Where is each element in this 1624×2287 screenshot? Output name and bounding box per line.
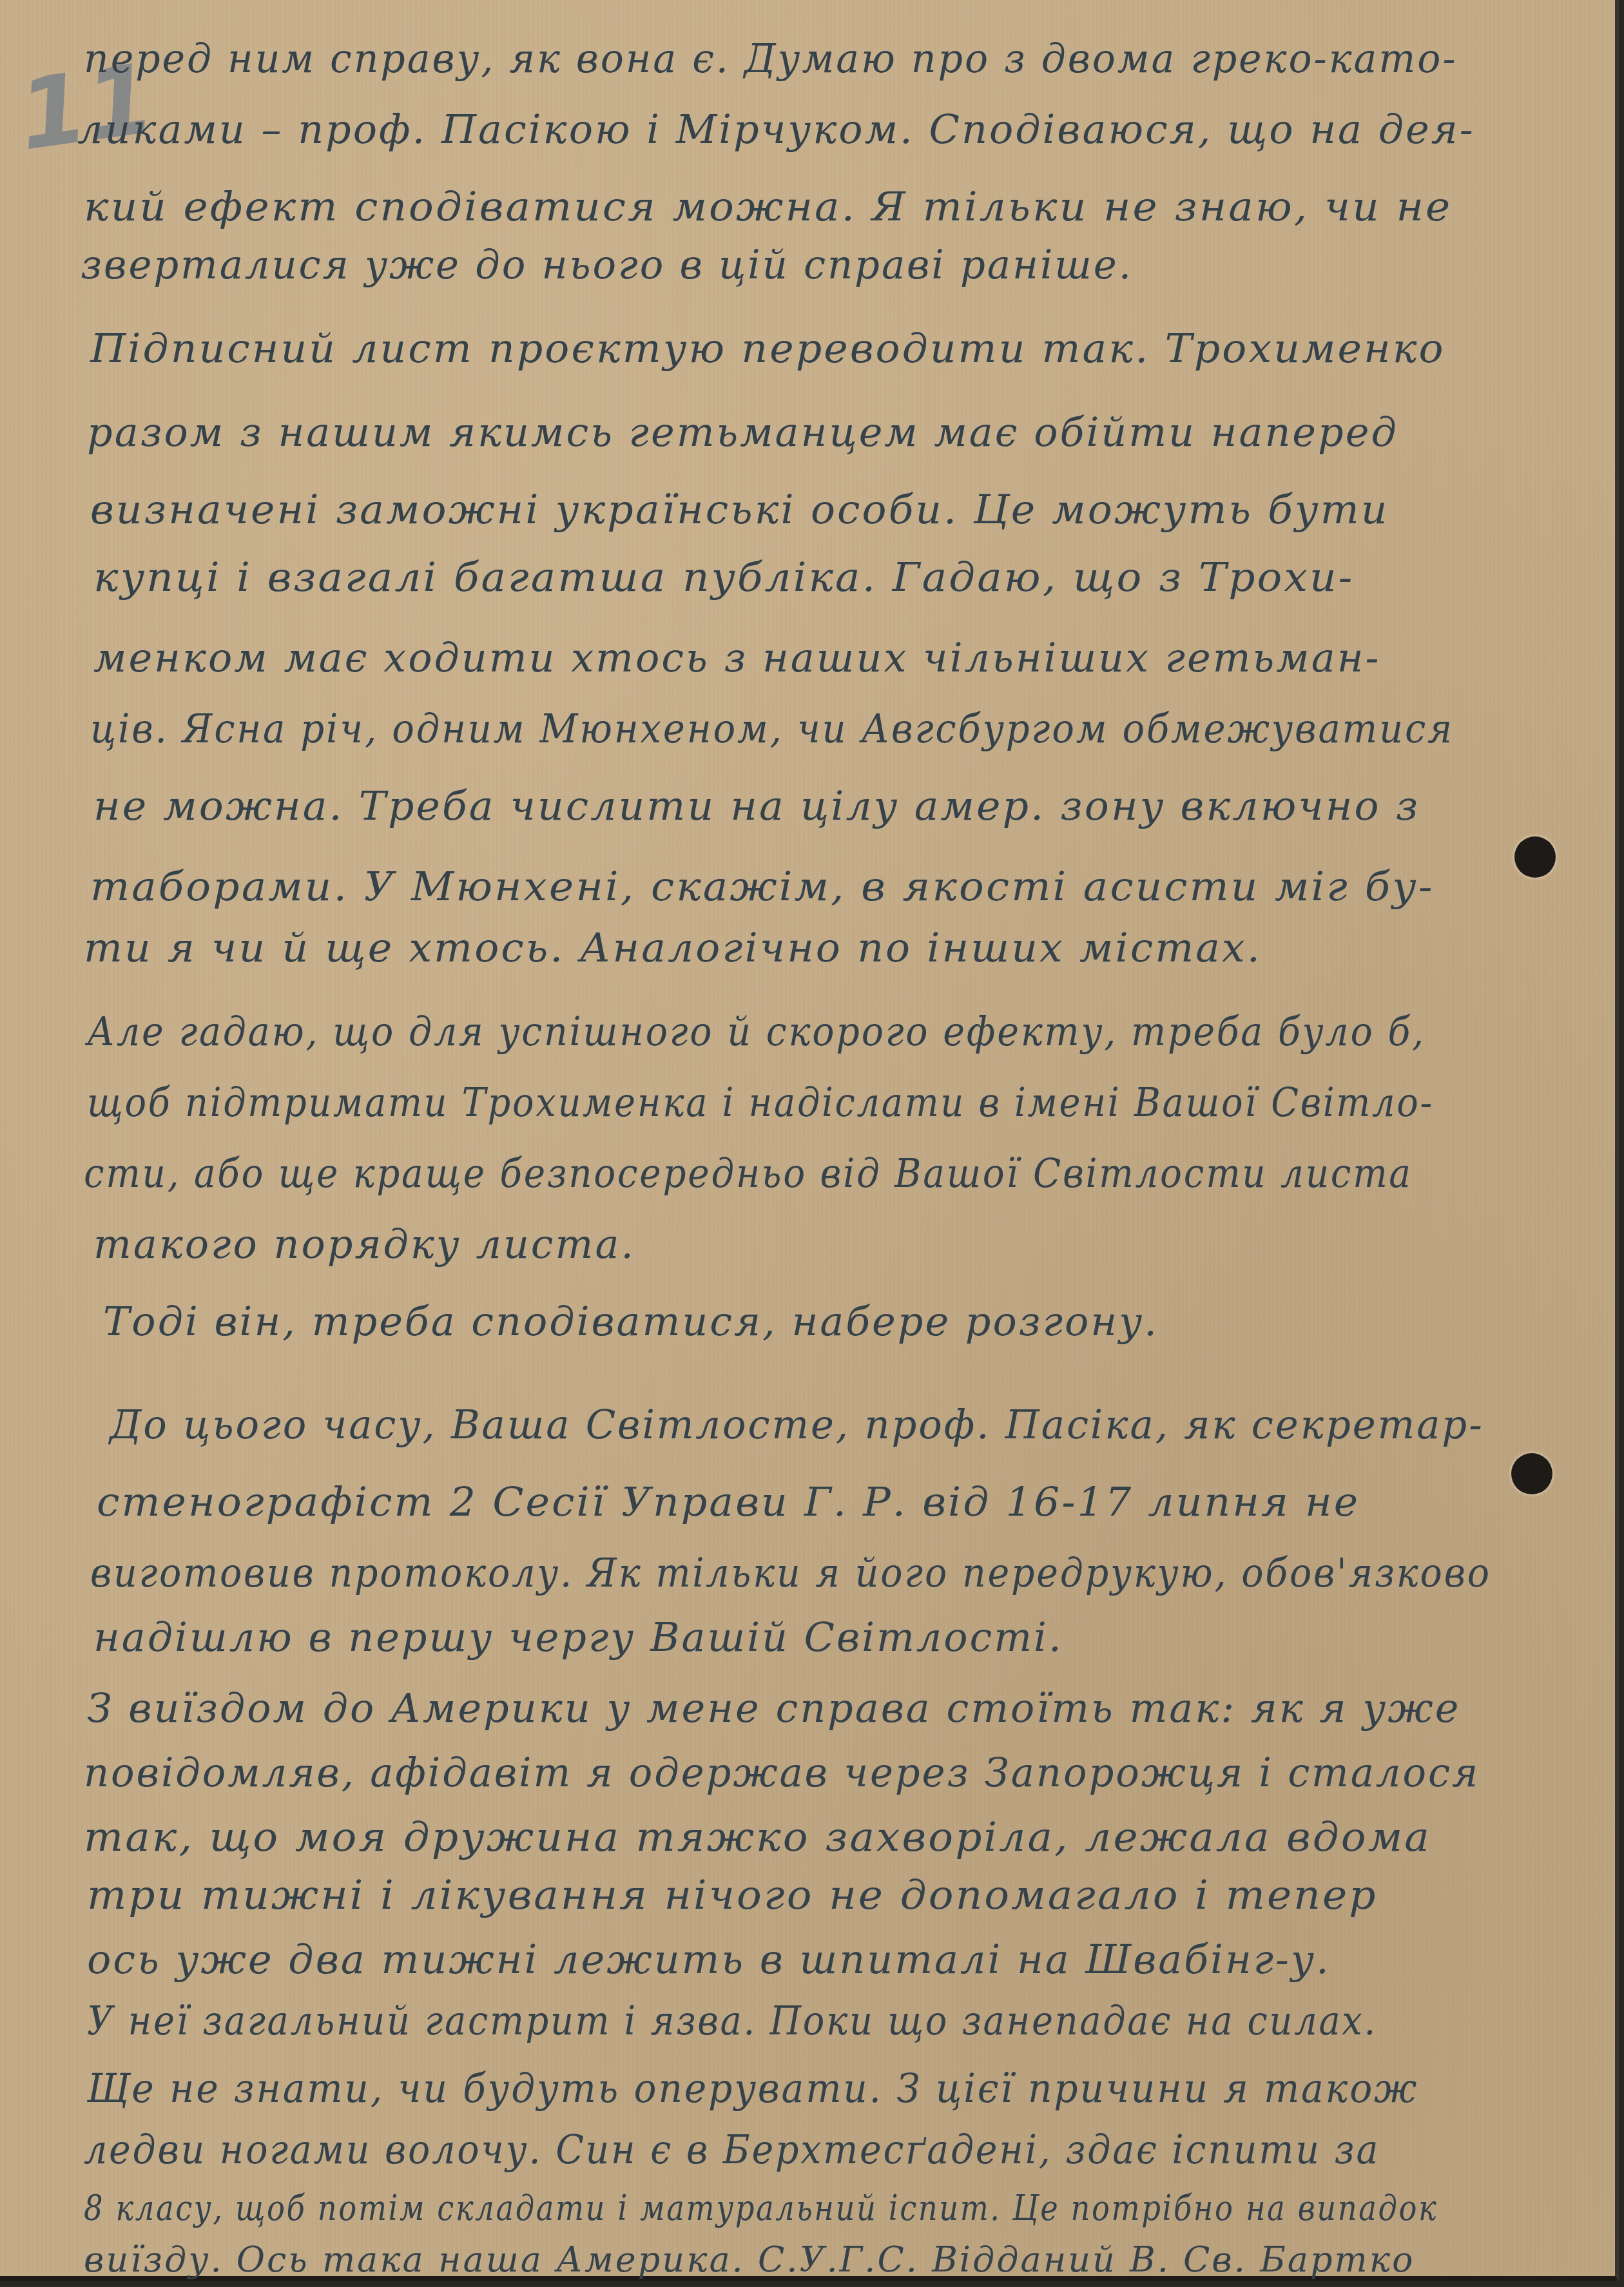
letter-line: Тоді він, треба сподіватися, набере розг…	[103, 1302, 1159, 1342]
punch-hole-lower	[1511, 1453, 1552, 1494]
letter-line: кий ефект сподіватися можна. Я тільки не…	[84, 187, 1452, 227]
letter-line: надішлю в першу чергу Вашій Світлості.	[93, 1617, 1063, 1657]
letter-closing-signature-line: виїзду. Ось така наша Америка. С.У.Г.С. …	[84, 2243, 1415, 2277]
letter-line: разом з нашим якимсь гетьманцем має обій…	[87, 412, 1398, 452]
letter-line: зверталися уже до нього в цій справі ран…	[81, 245, 1133, 285]
letter-line: купці і взагалі багатша публіка. Гадаю, …	[93, 557, 1355, 597]
letter-line: Але гадаю, що для успішного й скорого еф…	[87, 1012, 1426, 1052]
letter-line: ось уже два тижні лежить в шпиталі на Шв…	[87, 1940, 1331, 1980]
letter-line: перед ним справу, як вона є. Думаю про з…	[84, 39, 1458, 79]
letter-line: стенографіст 2 Сесії Управи Г. Р. від 16…	[97, 1482, 1360, 1522]
letter-line: таборами. У Мюнхені, скажім, в якості ас…	[90, 867, 1435, 907]
letter-line: сти, або ще краще безпосередньо від Вашо…	[84, 1153, 1413, 1193]
letter-page: 11 перед ним справу, як вона є. Думаю пр…	[0, 0, 1619, 2281]
letter-line: Ще не знати, чи будуть оперувати. З цієї…	[87, 2069, 1418, 2108]
letter-line: ледви ногами волочу. Син є в Берхтесґаде…	[84, 2130, 1380, 2170]
punch-hole-upper	[1514, 836, 1556, 878]
letter-line: ців. Ясна річ, одним Мюнхеном, чи Авгсбу…	[90, 709, 1454, 749]
letter-line: так, що моя дружина тяжко захворіла, леж…	[84, 1817, 1431, 1857]
letter-line: менком має ходити хтось з наших чільніши…	[93, 638, 1380, 678]
letter-line: ти я чи й ще хтось. Аналогічно по інших …	[84, 928, 1262, 968]
letter-line: виготовив протоколу. Як тільки я його пе…	[90, 1553, 1491, 1593]
letter-line: не можна. Треба числити на цілу амер. зо…	[93, 786, 1420, 826]
letter-line: До цього часу, Ваша Світлосте, проф. Пас…	[110, 1405, 1484, 1445]
letter-line: повідомляв, афідавіт я одержав через Зап…	[84, 1753, 1480, 1793]
letter-line: визначені заможні українські особи. Це м…	[90, 490, 1389, 530]
letter-line: У неї загальний гастрит і язва. Поки що …	[87, 2001, 1377, 2041]
letter-line: такого порядку листа.	[93, 1224, 635, 1264]
letter-line: Підписний лист проєктую переводити так. …	[90, 329, 1445, 369]
letter-line: 8 класу, щоб потім складати і матуральни…	[84, 2191, 1438, 2226]
letter-line: ликами – проф. Пасікою і Мірчуком. Споді…	[77, 110, 1475, 150]
letter-line: три тижні і лікування нічого не допомага…	[87, 1875, 1378, 1915]
letter-line: щоб підтримати Трохименка і надіслати в …	[87, 1083, 1434, 1123]
letter-line: З виїздом до Америки у мене справа стоїт…	[87, 1688, 1460, 1728]
